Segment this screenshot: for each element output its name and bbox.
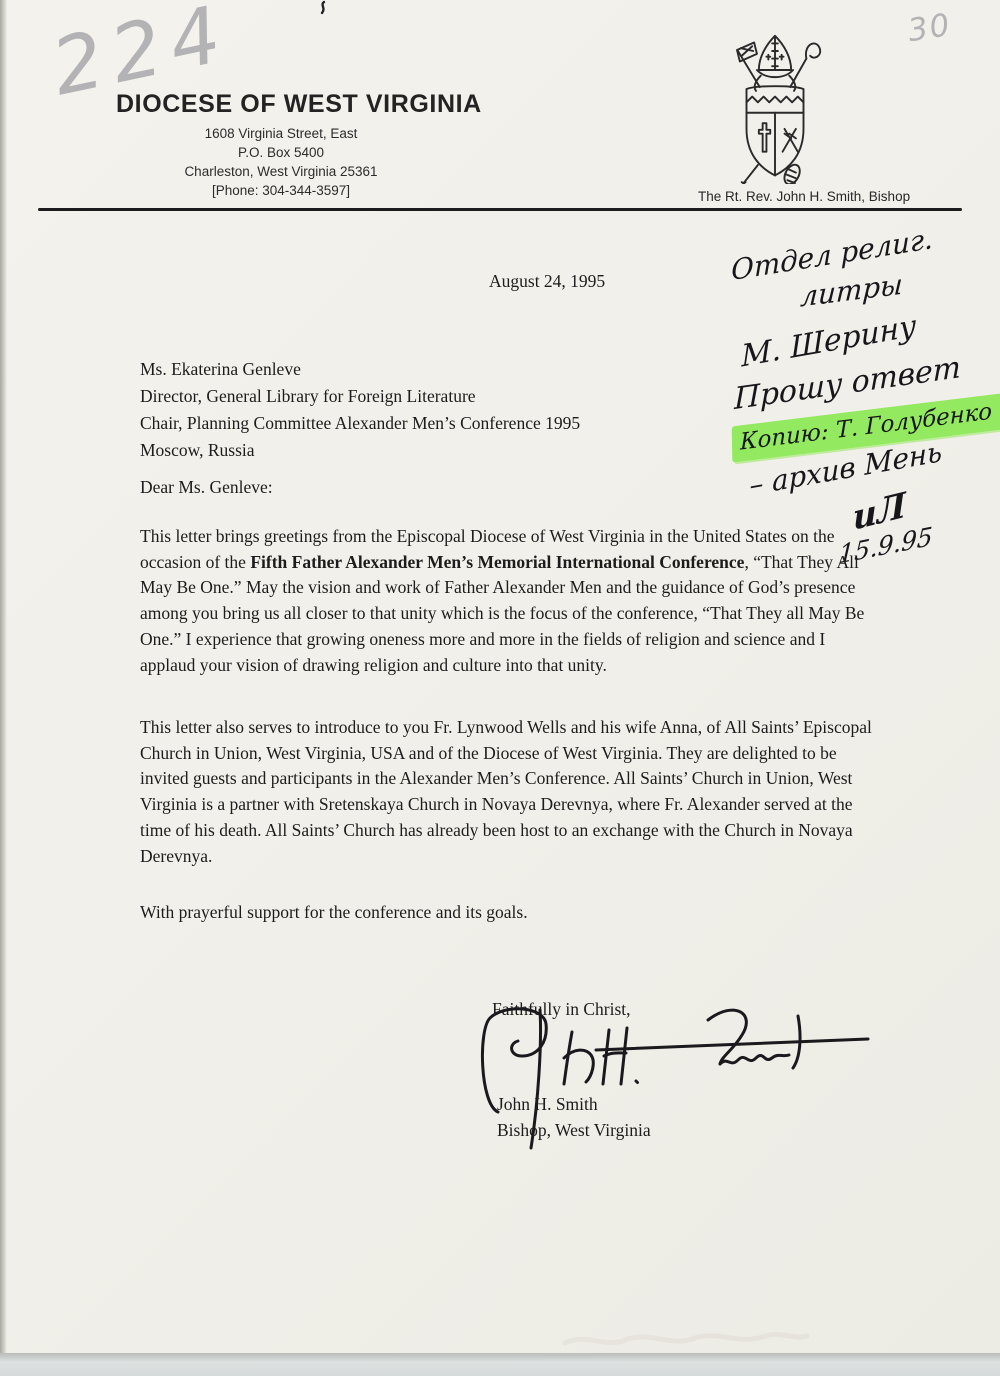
bleed-through-marks (555, 1318, 815, 1358)
crest-mitre (755, 36, 796, 91)
salutation: Dear Ms. Genleve: (140, 477, 273, 498)
letter-page: 224 30 DIOCESE OF WEST VIRGINIA 1608 Vir… (0, 0, 1000, 1353)
letter-date: August 24, 1995 (489, 271, 605, 292)
valediction: Faithfully in Christ, (492, 999, 631, 1020)
handwritten-note-line2: литры (800, 267, 904, 313)
pencil-archive-number-top-right: 30 (905, 7, 954, 49)
recipient-line: Chair, Planning Committee Alexander Men’… (140, 410, 580, 437)
body-paragraph-2: This letter also serves to introduce to … (140, 715, 876, 869)
paragraph1-bold-conference-name: Fifth Father Alexander Men’s Memorial In… (250, 552, 744, 572)
letterhead-org-name: DIOCESE OF WEST VIRGINIA (116, 90, 482, 119)
crest-crozier (790, 43, 820, 87)
recipient-line: Moscow, Russia (140, 437, 580, 464)
closing-line: With prayerful support for the conferenc… (140, 902, 528, 923)
bishop-caption: The Rt. Rev. John H. Smith, Bishop (698, 189, 910, 204)
crest-staff (741, 165, 758, 184)
diocese-crest-icon (727, 32, 823, 184)
signer-name: John H. Smith (497, 1094, 598, 1115)
scan-background (0, 1353, 1000, 1376)
letterhead-address-line: Charleston, West Virginia 25361 (106, 162, 456, 181)
letterhead-address-line: P.O. Box 5400 (106, 143, 456, 162)
letterhead-divider (38, 208, 962, 211)
crest-shield (747, 86, 804, 175)
body-paragraph-1: This letter brings greetings from the Ep… (140, 524, 868, 678)
recipient-line: Director, General Library for Foreign Li… (140, 383, 580, 410)
letterhead-address-line: 1608 Virginia Street, East (106, 124, 456, 143)
paper-edge-shadow (0, 0, 7, 1353)
recipient-block: Ms. Ekaterina Genleve Director, General … (140, 356, 580, 464)
letterhead-address-line: [Phone: 304-344-3597] (106, 181, 456, 200)
stray-pen-mark (314, 0, 332, 20)
signer-title: Bishop, West Virginia (497, 1120, 651, 1141)
crest-cocoon (781, 162, 803, 184)
letterhead-address: 1608 Virginia Street, East P.O. Box 5400… (106, 124, 456, 200)
recipient-line: Ms. Ekaterina Genleve (140, 356, 580, 383)
